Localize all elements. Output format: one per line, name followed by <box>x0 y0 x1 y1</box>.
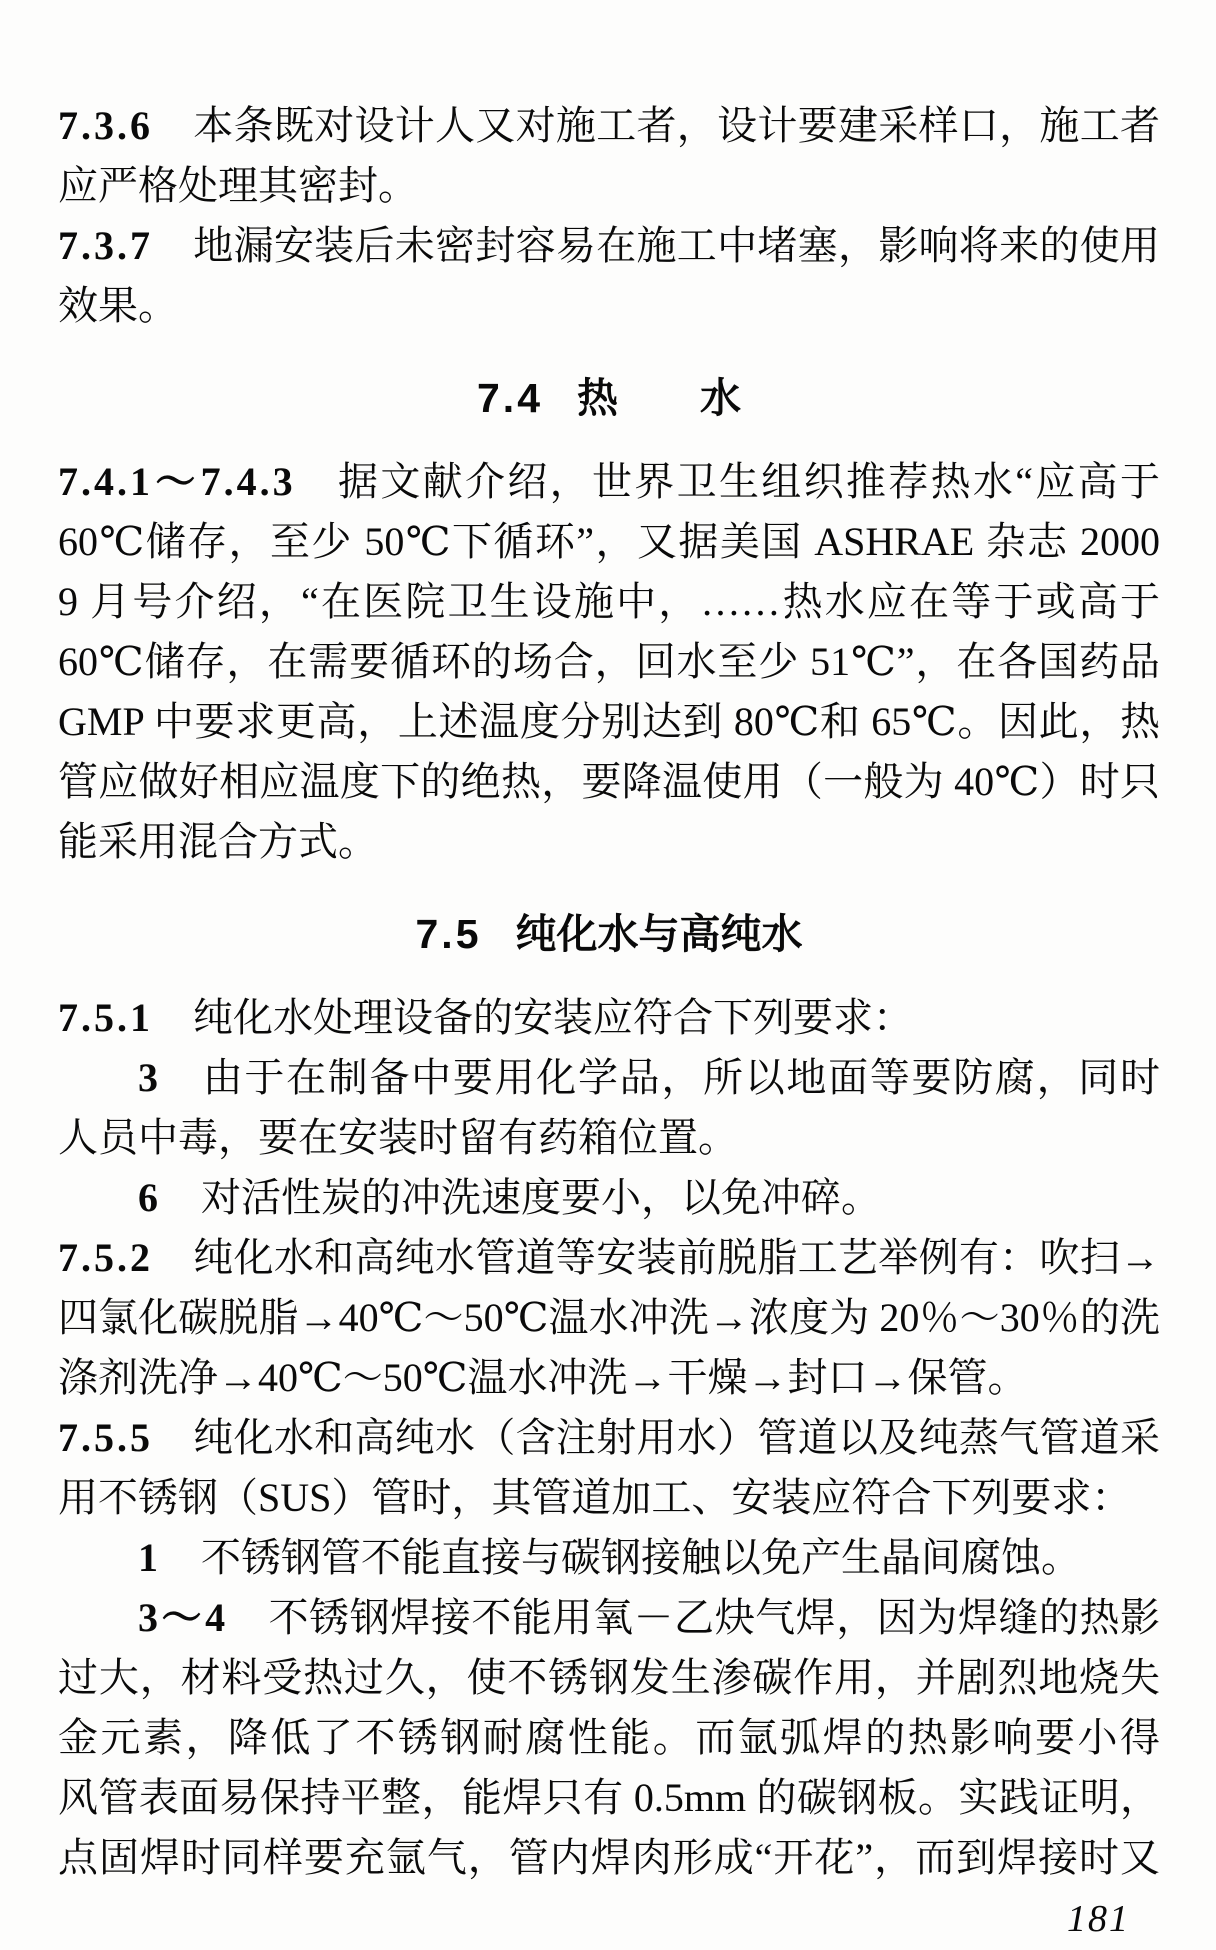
line-text: 纯化水处理设备的安装应符合下列要求： <box>193 995 913 1040</box>
line-text: 过大，材料受热过久，使不锈钢发生渗碳作用，并剧烈地烧失合 <box>58 1655 1160 1708</box>
text-line: 7.5.2纯化水和高纯水管道等安装前脱脂工艺举例有：吹扫→ <box>58 1228 1160 1288</box>
line-text: 点固焊时同样要充氩气，管内焊肉形成“开花”，而到焊接时又 <box>58 1835 1160 1880</box>
text-line: 7.3.7地漏安装后未密封容易在施工中堵塞，影响将来的使用 <box>58 216 1160 276</box>
clause-number: 7.3.7 <box>58 223 153 268</box>
line-text: 能采用混合方式。 <box>58 819 378 864</box>
text-line: 7.3.6本条既对设计人又对施工者，设计要建采样口，施工者 <box>58 96 1160 156</box>
clause-number: 7.3.6 <box>58 103 153 148</box>
text-line: 7.5.5纯化水和高纯水（含注射用水）管道以及纯蒸气管道采 <box>58 1408 1160 1468</box>
section-heading: 7.4热 水 <box>58 368 1160 428</box>
clause-number: 7.5.5 <box>58 1415 153 1460</box>
text-line: 四氯化碳脱脂→40℃～50℃温水冲洗→浓度为 20％～30％的洗 <box>58 1288 1160 1348</box>
text-line: 涤剂洗净→40℃～50℃温水冲洗→干燥→封口→保管。 <box>58 1348 1160 1408</box>
line-text: 管应做好相应温度下的绝热，要降温使用（一般为 40℃）时只 <box>58 759 1160 804</box>
text-line: 60℃储存，在需要循环的场合，回水至少 51℃”，在各国药品 <box>58 632 1160 692</box>
line-text: 不锈钢管不能直接与碳钢接触以免产生晶间腐蚀。 <box>201 1535 1081 1580</box>
text-line: 过大，材料受热过久，使不锈钢发生渗碳作用，并剧烈地烧失合 <box>58 1648 1160 1708</box>
document-page: 7.3.6本条既对设计人又对施工者，设计要建采样口，施工者应严格处理其密封。7.… <box>0 0 1216 1950</box>
line-text: 风管表面易保持平整，能焊只有 0.5mm 的碳钢板。实践证明， <box>58 1775 1160 1820</box>
text-line: 风管表面易保持平整，能焊只有 0.5mm 的碳钢板。实践证明， <box>58 1768 1160 1828</box>
clause-number: 3 <box>138 1055 161 1100</box>
line-text: 对活性炭的冲洗速度要小，以免冲碎。 <box>201 1175 881 1220</box>
line-text: 人员中毒，要在安装时留有药箱位置。 <box>58 1115 738 1160</box>
text-line: 管应做好相应温度下的绝热，要降温使用（一般为 40℃）时只 <box>58 752 1160 812</box>
line-text: 四氯化碳脱脂→40℃～50℃温水冲洗→浓度为 20％～30％的洗 <box>58 1295 1160 1340</box>
line-text: 本条既对设计人又对施工者，设计要建采样口，施工者 <box>193 103 1160 148</box>
text-line: 人员中毒，要在安装时留有药箱位置。 <box>58 1108 1160 1168</box>
clause-number: 7.5.1 <box>58 995 153 1040</box>
text-line: 应严格处理其密封。 <box>58 156 1160 216</box>
text-line: 7.4.1～7.4.3据文献介绍，世界卫生组织推荐热水“应高于 <box>58 452 1160 512</box>
section-number: 7.5 <box>416 911 482 957</box>
text-line: 3由于在制备中要用化学品，所以地面等要防腐，同时怕 <box>58 1048 1160 1108</box>
line-text: 60℃储存，在需要循环的场合，回水至少 51℃”，在各国药品 <box>58 639 1160 684</box>
text-line: 点固焊时同样要充氩气，管内焊肉形成“开花”，而到焊接时又 <box>58 1828 1160 1888</box>
clause-number: 7.4.1～7.4.3 <box>58 459 296 504</box>
section-heading: 7.5纯化水与高纯水 <box>58 904 1160 964</box>
section-title: 热 水 <box>577 375 741 421</box>
section-title: 纯化水与高纯水 <box>516 911 803 957</box>
line-text: 纯化水和高纯水管道等安装前脱脂工艺举例有：吹扫→ <box>193 1235 1160 1280</box>
clause-number: 6 <box>138 1175 161 1220</box>
text-line: 60℃储存，至少 50℃下循环”，又据美国 ASHRAE 杂志 2000 年 <box>58 512 1160 572</box>
page-number: 181 <box>58 1894 1160 1950</box>
line-text: 地漏安装后未密封容易在施工中堵塞，影响将来的使用 <box>193 223 1160 268</box>
line-text: 纯化水和高纯水（含注射用水）管道以及纯蒸气管道采 <box>193 1415 1160 1460</box>
line-text: 由于在制备中要用化学品，所以地面等要防腐，同时怕 <box>58 1055 1160 1108</box>
line-text: 金元素，降低了不锈钢耐腐性能。而氩弧焊的热影响要小得多， <box>58 1715 1160 1768</box>
line-text: 应严格处理其密封。 <box>58 163 418 208</box>
text-line: 用不锈钢（SUS）管时，其管道加工、安装应符合下列要求： <box>58 1468 1160 1528</box>
line-text: 9 月号介绍，“在医院卫生设施中，……热水应在等于或高于 <box>58 579 1160 624</box>
text-line: 3～4不锈钢焊接不能用氧－乙炔气焊，因为焊缝的热影响 <box>58 1588 1160 1648</box>
document-content: 7.3.6本条既对设计人又对施工者，设计要建采样口，施工者应严格处理其密封。7.… <box>58 96 1160 1888</box>
clause-number: 7.5.2 <box>58 1235 153 1280</box>
clause-number: 1 <box>138 1535 161 1580</box>
text-line: 效果。 <box>58 276 1160 336</box>
line-text: 60℃储存，至少 50℃下循环”，又据美国 ASHRAE 杂志 2000 年 <box>58 519 1160 572</box>
text-line: 7.5.1纯化水处理设备的安装应符合下列要求： <box>58 988 1160 1048</box>
text-line: 金元素，降低了不锈钢耐腐性能。而氩弧焊的热影响要小得多， <box>58 1708 1160 1768</box>
section-number: 7.4 <box>477 375 543 421</box>
line-text: GMP 中要求更高，上述温度分别达到 80℃和 65℃。因此，热水 <box>58 699 1160 752</box>
line-text: 效果。 <box>58 283 178 328</box>
clause-number: 3～4 <box>138 1595 228 1640</box>
line-text: 用不锈钢（SUS）管时，其管道加工、安装应符合下列要求： <box>58 1475 1131 1520</box>
text-line: 能采用混合方式。 <box>58 812 1160 872</box>
text-line: 1不锈钢管不能直接与碳钢接触以免产生晶间腐蚀。 <box>58 1528 1160 1588</box>
line-text: 据文献介绍，世界卫生组织推荐热水“应高于 <box>336 459 1160 504</box>
text-line: GMP 中要求更高，上述温度分别达到 80℃和 65℃。因此，热水 <box>58 692 1160 752</box>
text-line: 6对活性炭的冲洗速度要小，以免冲碎。 <box>58 1168 1160 1228</box>
text-line: 9 月号介绍，“在医院卫生设施中，……热水应在等于或高于 <box>58 572 1160 632</box>
line-text: 涤剂洗净→40℃～50℃温水冲洗→干燥→封口→保管。 <box>58 1355 1028 1400</box>
